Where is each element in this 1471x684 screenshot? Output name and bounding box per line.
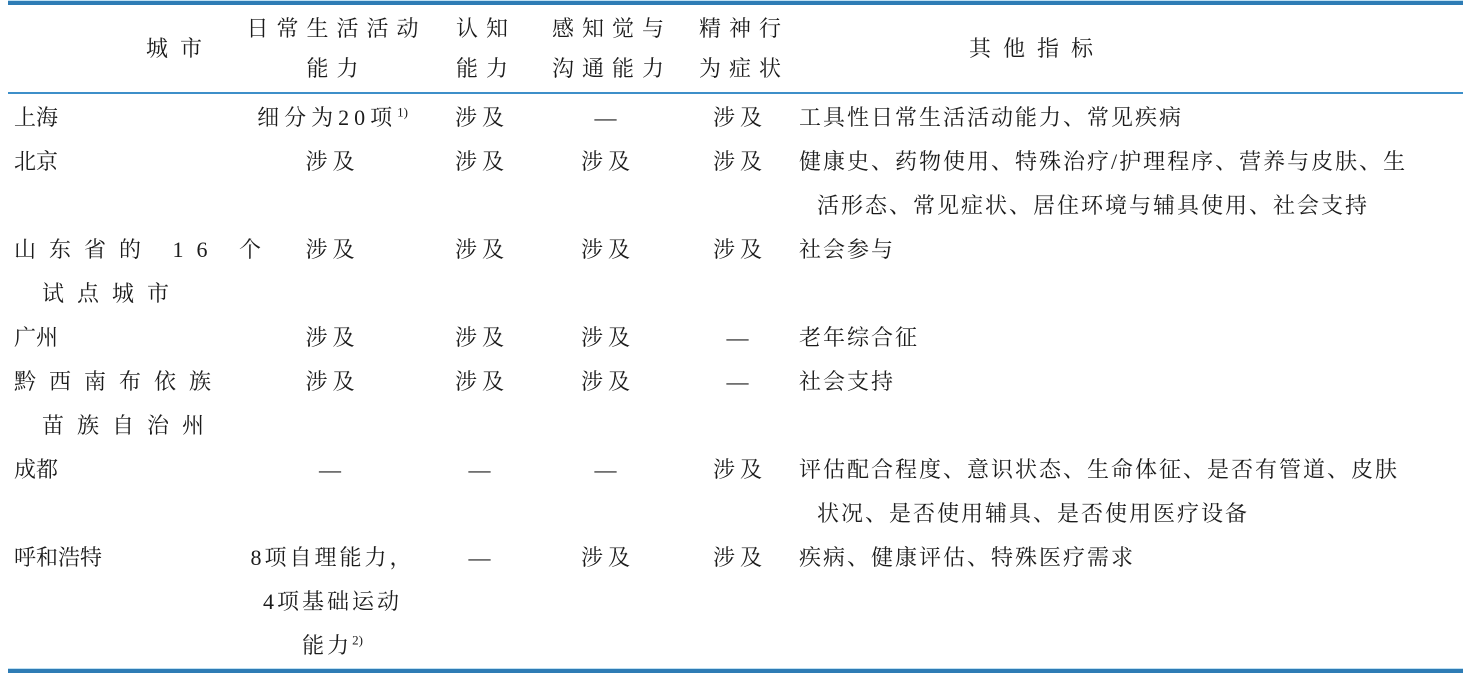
cell-line: 能力2): [236, 624, 429, 668]
cell-city: 呼和浩特: [8, 536, 236, 580]
cell-line: 上海: [8, 96, 236, 140]
cell-adl: 涉及: [236, 140, 429, 184]
cell-line: 老年综合征: [799, 316, 1463, 360]
cell-mental: 涉及: [681, 228, 799, 272]
cell-line: 评估配合程度、意识状态、生命体征、是否有管道、皮肤: [799, 448, 1463, 492]
cell-mental: 涉及: [681, 536, 799, 580]
cell-adl: —: [236, 448, 429, 492]
cell-line: 涉及: [681, 140, 799, 184]
table-row: 北京 涉及 涉及 涉及 涉及 健康史、药物使用、特殊治疗/护理程序、营养与皮肤、…: [8, 140, 1463, 228]
cell-line: 8项自理能力，: [236, 536, 429, 580]
cell-line: 涉及: [535, 316, 681, 360]
cell-line: 疾病、健康评估、特殊医疗需求: [799, 536, 1463, 580]
cell-adl: 细分为20项1): [236, 96, 429, 140]
cell-line: 状况、是否使用辅具、是否使用医疗设备: [799, 492, 1463, 536]
cell-line: 成都: [8, 448, 236, 492]
cell-adl: 涉及: [236, 360, 429, 404]
cell-line: 4项基础运动: [236, 580, 429, 624]
cell-line: —: [535, 96, 681, 140]
cell-perception: —: [535, 96, 681, 140]
cell-perception: 涉及: [535, 360, 681, 404]
cell-perception: 涉及: [535, 140, 681, 184]
cell-line: 涉及: [681, 448, 799, 492]
cell-perception: —: [535, 448, 681, 492]
cell-perception: 涉及: [535, 536, 681, 580]
table-row: 上海 细分为20项1) 涉及 — 涉及 工具性日常生活活动能力、常见疾病: [8, 96, 1463, 140]
header-cognition-line2: 能力: [429, 49, 535, 89]
cell-line: 涉及: [236, 140, 429, 184]
cell-perception: 涉及: [535, 316, 681, 360]
cell-line: 涉及: [535, 536, 681, 580]
cell-other: 工具性日常生活活动能力、常见疾病: [799, 96, 1463, 140]
cell-cognition: 涉及: [429, 228, 535, 272]
cell-line: 健康史、药物使用、特殊治疗/护理程序、营养与皮肤、生: [799, 140, 1463, 184]
cell-line: —: [236, 448, 429, 492]
cell-line: —: [429, 536, 535, 580]
cell-line: 广州: [8, 316, 236, 360]
cell-line: 细分为20项1): [236, 96, 429, 140]
cell-line: 试点城市: [8, 272, 236, 316]
cell-adl: 8项自理能力，4项基础运动能力2): [236, 536, 429, 668]
table-row: 山东省的 16 个试点城市 涉及 涉及 涉及 涉及 社会参与: [8, 228, 1463, 316]
cell-adl: 涉及: [236, 228, 429, 272]
cell-line: 活形态、常见症状、居住环境与辅具使用、社会支持: [799, 184, 1463, 228]
cell-line: 涉及: [681, 536, 799, 580]
cell-city: 上海: [8, 96, 236, 140]
cell-line: 社会参与: [799, 228, 1463, 272]
table-row: 广州 涉及 涉及 涉及 — 老年综合征: [8, 316, 1463, 360]
cell-cognition: —: [429, 448, 535, 492]
cell-mental: 涉及: [681, 448, 799, 492]
cell-cognition: 涉及: [429, 140, 535, 184]
cell-mental: —: [681, 316, 799, 360]
cell-other: 疾病、健康评估、特殊医疗需求: [799, 536, 1463, 580]
footnote-marker: 1): [397, 105, 408, 120]
cell-line: —: [535, 448, 681, 492]
cell-mental: 涉及: [681, 140, 799, 184]
cell-other: 评估配合程度、意识状态、生命体征、是否有管道、皮肤状况、是否使用辅具、是否使用医…: [799, 448, 1463, 536]
cell-line: 涉及: [429, 316, 535, 360]
cell-cognition: 涉及: [429, 360, 535, 404]
cell-city: 成都: [8, 448, 236, 492]
cell-line: 涉及: [535, 140, 681, 184]
cell-line: 呼和浩特: [8, 536, 236, 580]
table-row: 黔西南布依族苗族自治州 涉及 涉及 涉及 — 社会支持: [8, 360, 1463, 448]
cell-line: —: [681, 316, 799, 360]
header-cognition-line1: 认知: [429, 9, 535, 49]
cell-cognition: 涉及: [429, 96, 535, 140]
cell-adl: 涉及: [236, 316, 429, 360]
cell-line: 黔西南布依族: [8, 360, 236, 404]
cell-line: 工具性日常生活活动能力、常见疾病: [799, 96, 1463, 140]
header-cognition: 认知 能力: [429, 5, 535, 92]
header-other: 其他指标: [799, 5, 1463, 92]
cell-other: 社会参与: [799, 228, 1463, 272]
cell-line: 涉及: [429, 228, 535, 272]
header-city: 城市: [8, 5, 236, 92]
cell-cognition: 涉及: [429, 316, 535, 360]
cell-city: 黔西南布依族苗族自治州: [8, 360, 236, 448]
cell-line: —: [681, 360, 799, 404]
cell-line: 涉及: [535, 228, 681, 272]
cell-other: 社会支持: [799, 360, 1463, 404]
table-body: 上海 细分为20项1) 涉及 — 涉及 工具性日常生活活动能力、常见疾病 北京 …: [8, 94, 1463, 668]
cell-city: 山东省的 16 个试点城市: [8, 228, 236, 316]
header-perception-line1: 感知觉与: [535, 9, 681, 49]
cell-other: 健康史、药物使用、特殊治疗/护理程序、营养与皮肤、生活形态、常见症状、居住环境与…: [799, 140, 1463, 228]
cell-line: 涉及: [535, 360, 681, 404]
table-row: 成都 — — — 涉及 评估配合程度、意识状态、生命体征、是否有管道、皮肤状况、…: [8, 448, 1463, 536]
cell-line: 涉及: [681, 96, 799, 140]
cell-city: 北京: [8, 140, 236, 184]
cell-other: 老年综合征: [799, 316, 1463, 360]
cell-mental: 涉及: [681, 96, 799, 140]
cell-line: 社会支持: [799, 360, 1463, 404]
footnote-marker: 2): [352, 633, 363, 648]
cell-line: 涉及: [236, 360, 429, 404]
header-other-label: 其他指标: [699, 29, 1363, 69]
cell-line: 涉及: [236, 228, 429, 272]
cell-line: —: [429, 448, 535, 492]
cell-line: 涉及: [429, 360, 535, 404]
table-bottom-rule: [8, 668, 1463, 673]
cell-mental: —: [681, 360, 799, 404]
table-row: 呼和浩特 8项自理能力，4项基础运动能力2) — 涉及 涉及 疾病、健康评估、特…: [8, 536, 1463, 668]
cell-line: 涉及: [429, 140, 535, 184]
cell-line: 涉及: [429, 96, 535, 140]
paper-table-page: 城市 日常生活活动 能力 认知 能力 感知觉与 沟通能力 精神行 为症状 其他指…: [0, 0, 1471, 684]
cell-line: 北京: [8, 140, 236, 184]
header-perception-line2: 沟通能力: [535, 49, 681, 89]
table-header-row: 城市 日常生活活动 能力 认知 能力 感知觉与 沟通能力 精神行 为症状 其他指…: [8, 5, 1463, 92]
cell-perception: 涉及: [535, 228, 681, 272]
cell-city: 广州: [8, 316, 236, 360]
cell-cognition: —: [429, 536, 535, 580]
cell-line: 涉及: [236, 316, 429, 360]
cell-line: 涉及: [681, 228, 799, 272]
header-perception: 感知觉与 沟通能力: [535, 5, 681, 92]
header-city-label: 城市: [60, 29, 288, 69]
cell-line: 苗族自治州: [8, 404, 236, 448]
cell-line: 山东省的 16 个: [8, 228, 236, 272]
